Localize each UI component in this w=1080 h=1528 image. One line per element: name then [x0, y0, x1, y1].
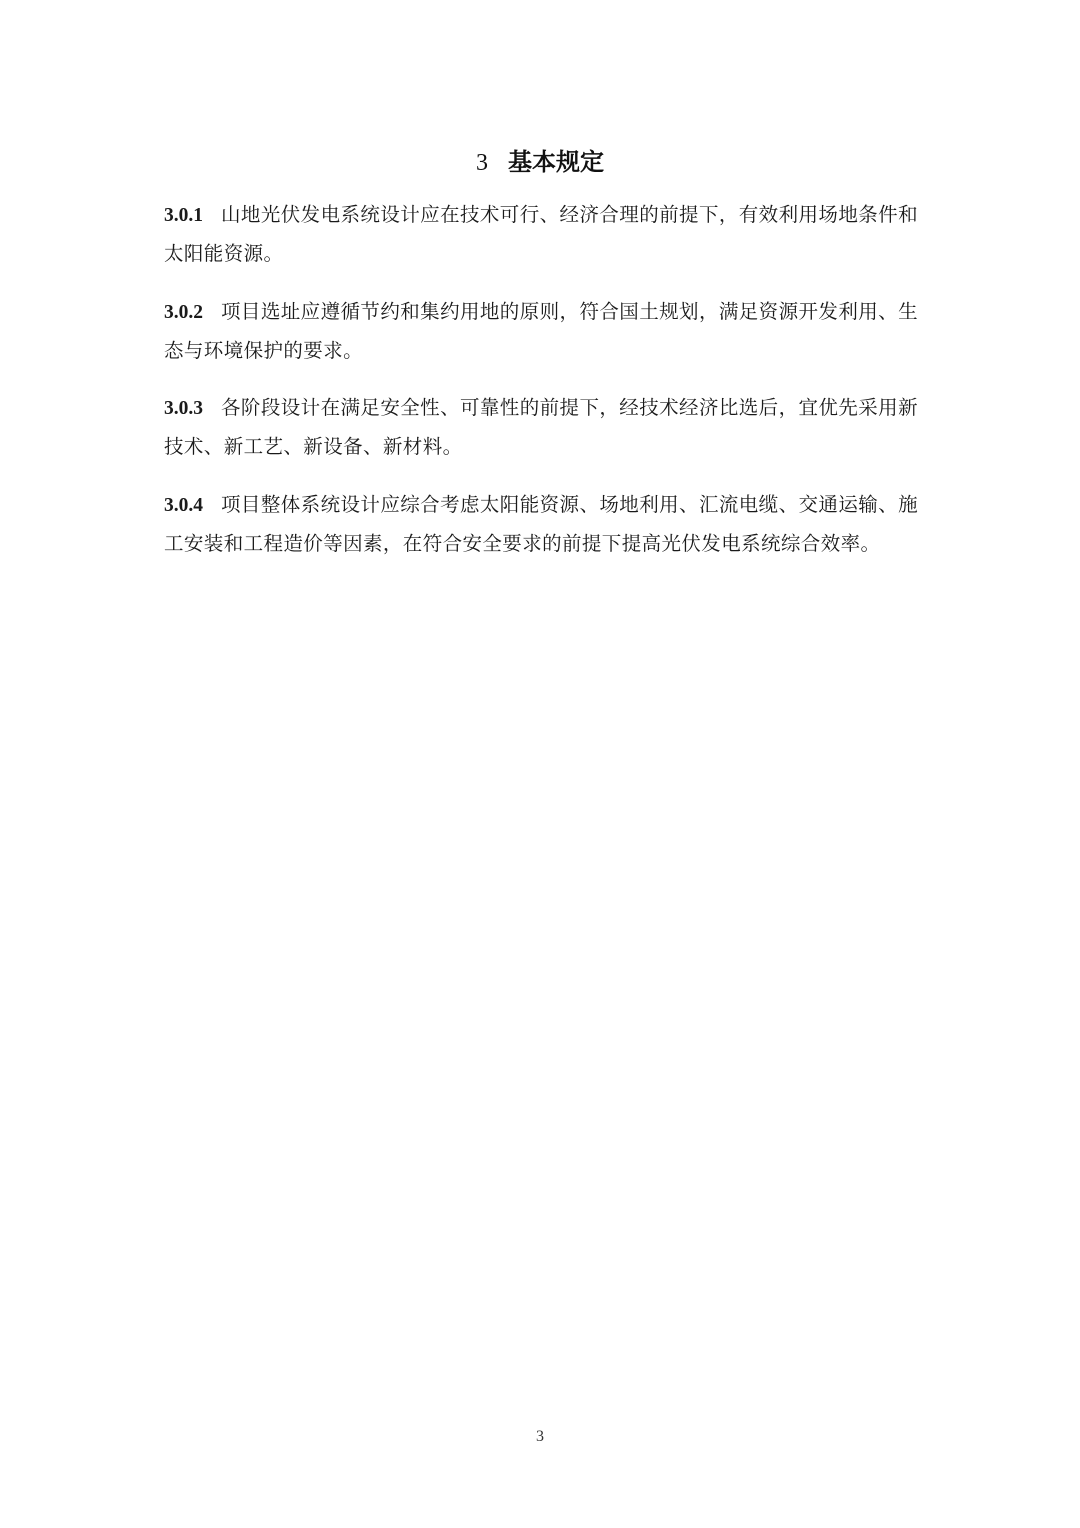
clause-list: 3.0.1山地光伏发电系统设计应在技术可行、经济合理的前提下，有效利用场地条件和… — [164, 196, 918, 569]
clause-number: 3.0.2 — [164, 302, 203, 323]
chapter-heading: 基本规定 — [508, 148, 604, 176]
clause-3-0-2: 3.0.2项目选址应遵循节约和集约用地的原则，符合国土规划，满足资源开发利用、生… — [164, 293, 918, 370]
chapter-title: 3基本规定 — [0, 142, 1080, 183]
document-page: 3基本规定 3.0.1山地光伏发电系统设计应在技术可行、经济合理的前提下，有效利… — [0, 0, 1080, 1528]
clause-3-0-1: 3.0.1山地光伏发电系统设计应在技术可行、经济合理的前提下，有效利用场地条件和… — [164, 196, 918, 273]
chapter-number: 3 — [476, 150, 488, 176]
clause-3-0-3: 3.0.3各阶段设计在满足安全性、可靠性的前提下，经技术经济比选后，宜优先采用新… — [164, 389, 918, 466]
page-number: 3 — [0, 1428, 1080, 1446]
clause-text: 项目选址应遵循节约和集约用地的原则，符合国土规划，满足资源开发利用、生态与环境保… — [164, 300, 918, 362]
clause-text: 山地光伏发电系统设计应在技术可行、经济合理的前提下，有效利用场地条件和太阳能资源… — [164, 203, 918, 265]
clause-text: 项目整体系统设计应综合考虑太阳能资源、场地利用、汇流电缆、交通运输、施工安装和工… — [164, 493, 918, 555]
clause-number: 3.0.4 — [164, 495, 203, 516]
clause-text: 各阶段设计在满足安全性、可靠性的前提下，经技术经济比选后，宜优先采用新技术、新工… — [164, 396, 918, 458]
clause-number: 3.0.1 — [164, 205, 203, 226]
clause-number: 3.0.3 — [164, 398, 203, 419]
clause-3-0-4: 3.0.4项目整体系统设计应综合考虑太阳能资源、场地利用、汇流电缆、交通运输、施… — [164, 486, 918, 563]
